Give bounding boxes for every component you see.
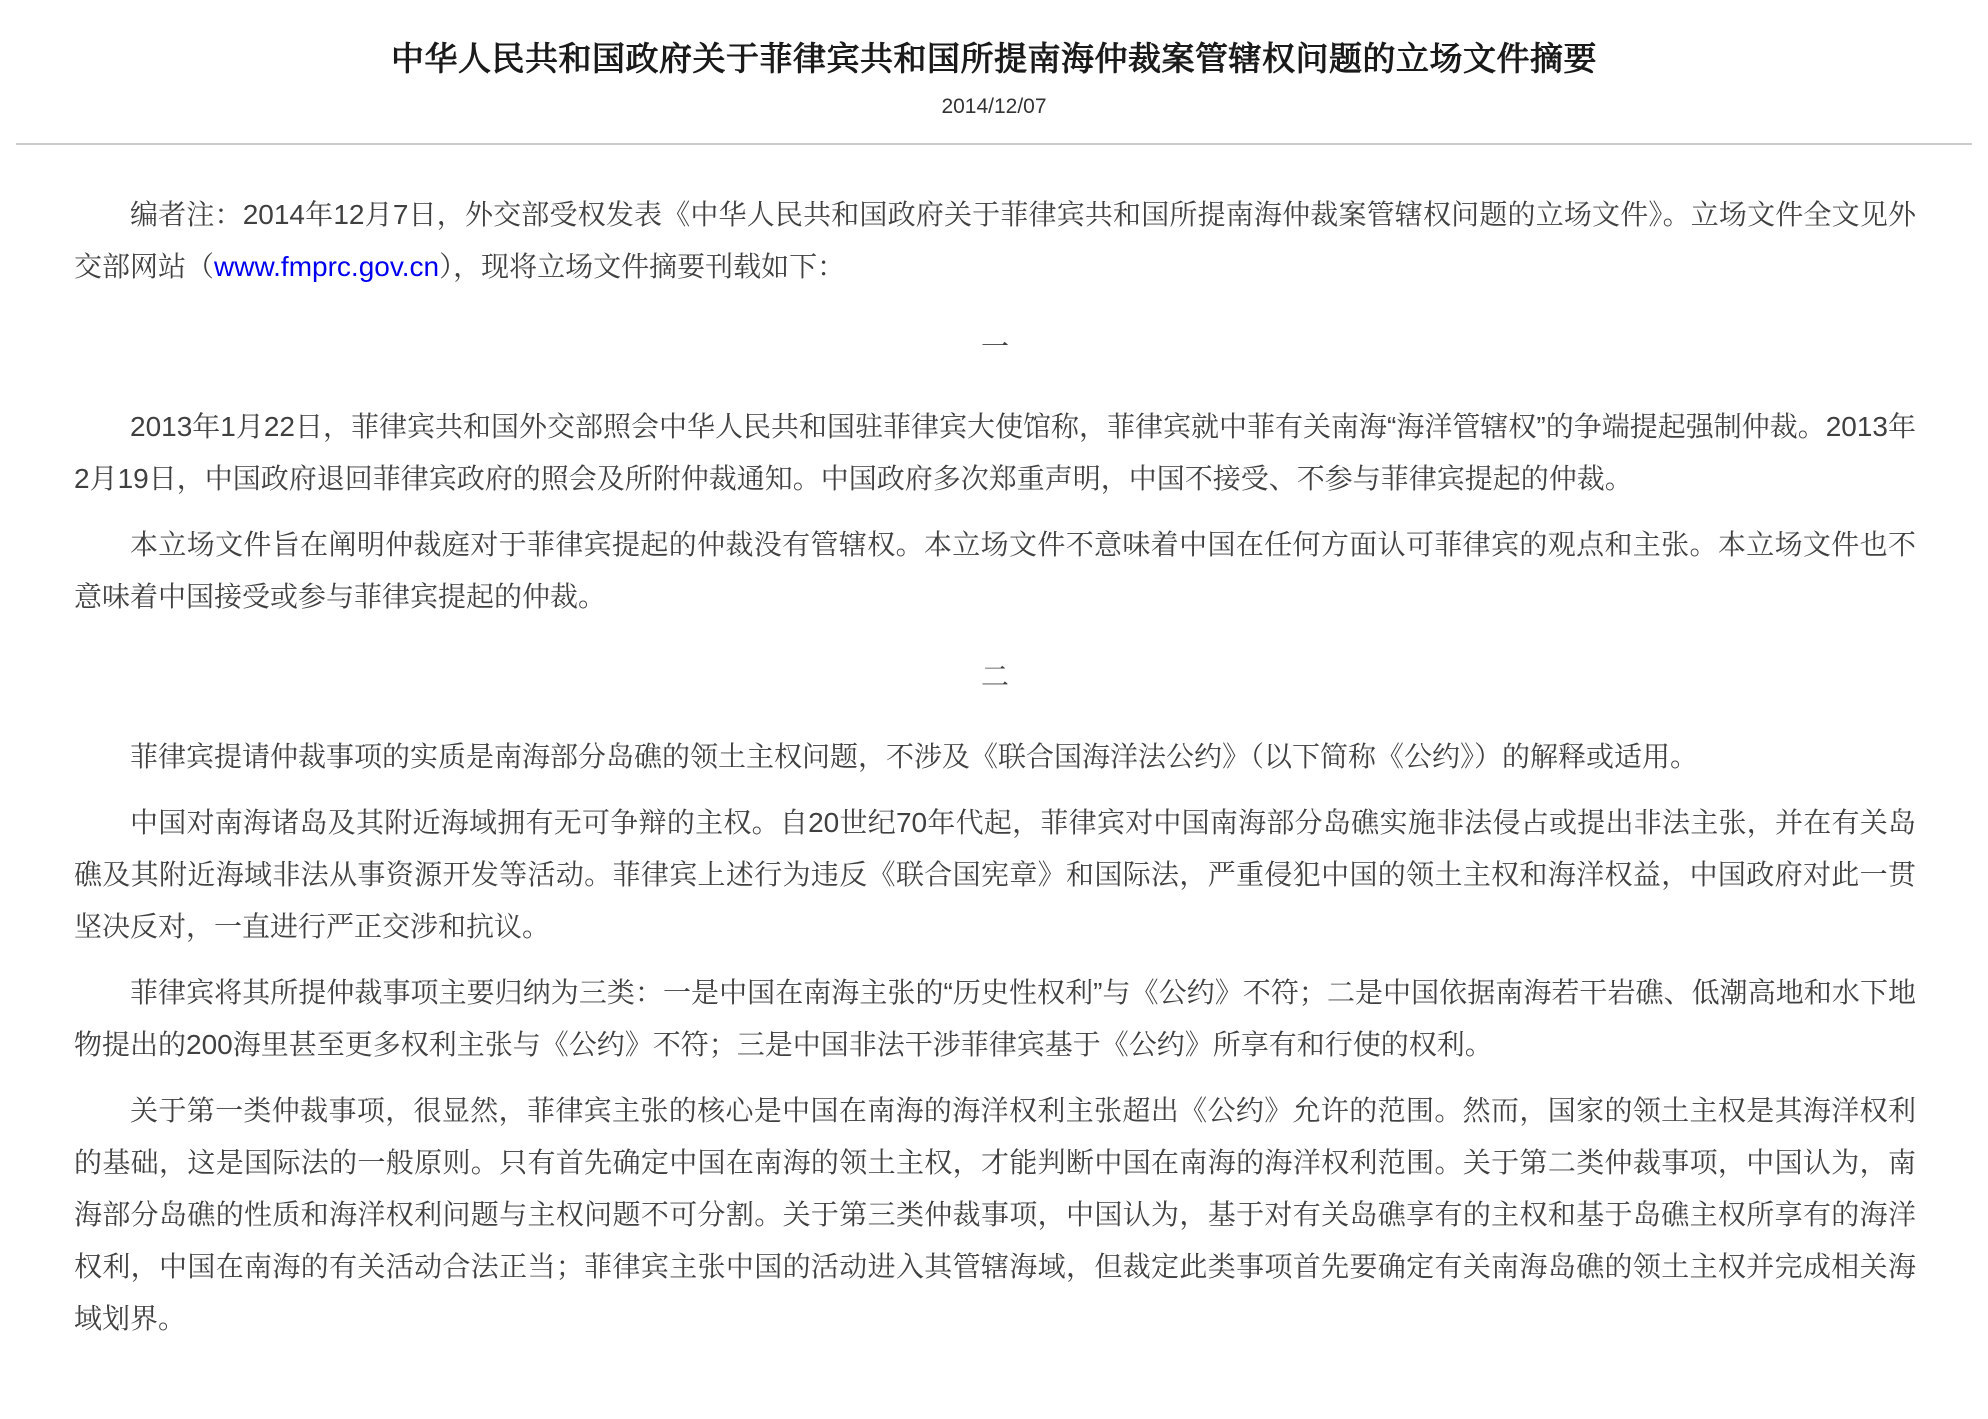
document-sections: 一2013年1月22日，菲律宾共和国外交部照会中华人民共和国驻菲律宾大使馆称，菲… — [74, 321, 1916, 1345]
body-paragraph: 关于第一类仲裁事项，很显然，菲律宾主张的核心是中国在南海的海洋权利主张超出《公约… — [74, 1085, 1916, 1345]
document-page: 中华人民共和国政府关于菲律宾共和国所提南海仲裁案管辖权问题的立场文件摘要 201… — [0, 0, 1988, 1419]
publish-date: 2014/12/07 — [0, 95, 1988, 119]
body-paragraph: 本立场文件旨在阐明仲裁庭对于菲律宾提起的仲裁没有管辖权。本立场文件不意味着中国在… — [74, 519, 1916, 623]
document-body: 编者注：2014年12月7日，外交部受权发表《中华人民共和国政府关于菲律宾共和国… — [0, 145, 1988, 1419]
editor-note-paragraph: 编者注：2014年12月7日，外交部受权发表《中华人民共和国政府关于菲律宾共和国… — [74, 189, 1916, 293]
document-section: 一2013年1月22日，菲律宾共和国外交部照会中华人民共和国驻菲律宾大使馆称，菲… — [74, 321, 1916, 623]
body-paragraph: 菲律宾将其所提仲裁事项主要归纳为三类：一是中国在南海主张的“历史性权利”与《公约… — [74, 967, 1916, 1071]
section-heading: 一 — [74, 321, 1916, 373]
document-section: 二菲律宾提请仲裁事项的实质是南海部分岛礁的领土主权问题，不涉及《联合国海洋法公约… — [74, 651, 1916, 1345]
fmprc-website-link[interactable]: www.fmprc.gov.cn — [214, 251, 439, 282]
page-title: 中华人民共和国政府关于菲律宾共和国所提南海仲裁案管辖权问题的立场文件摘要 — [0, 38, 1988, 81]
section-heading: 二 — [74, 651, 1916, 703]
body-paragraph: 中国对南海诸岛及其附近海域拥有无可争辩的主权。自20世纪70年代起，菲律宾对中国… — [74, 797, 1916, 953]
document-header: 中华人民共和国政府关于菲律宾共和国所提南海仲裁案管辖权问题的立场文件摘要 201… — [0, 38, 1988, 119]
body-paragraph: 2013年1月22日，菲律宾共和国外交部照会中华人民共和国驻菲律宾大使馆称，菲律… — [74, 401, 1916, 505]
body-paragraph: 菲律宾提请仲裁事项的实质是南海部分岛礁的领土主权问题，不涉及《联合国海洋法公约》… — [74, 731, 1916, 783]
editor-note-text-after-link: ），现将立场文件摘要刊载如下： — [439, 251, 845, 282]
